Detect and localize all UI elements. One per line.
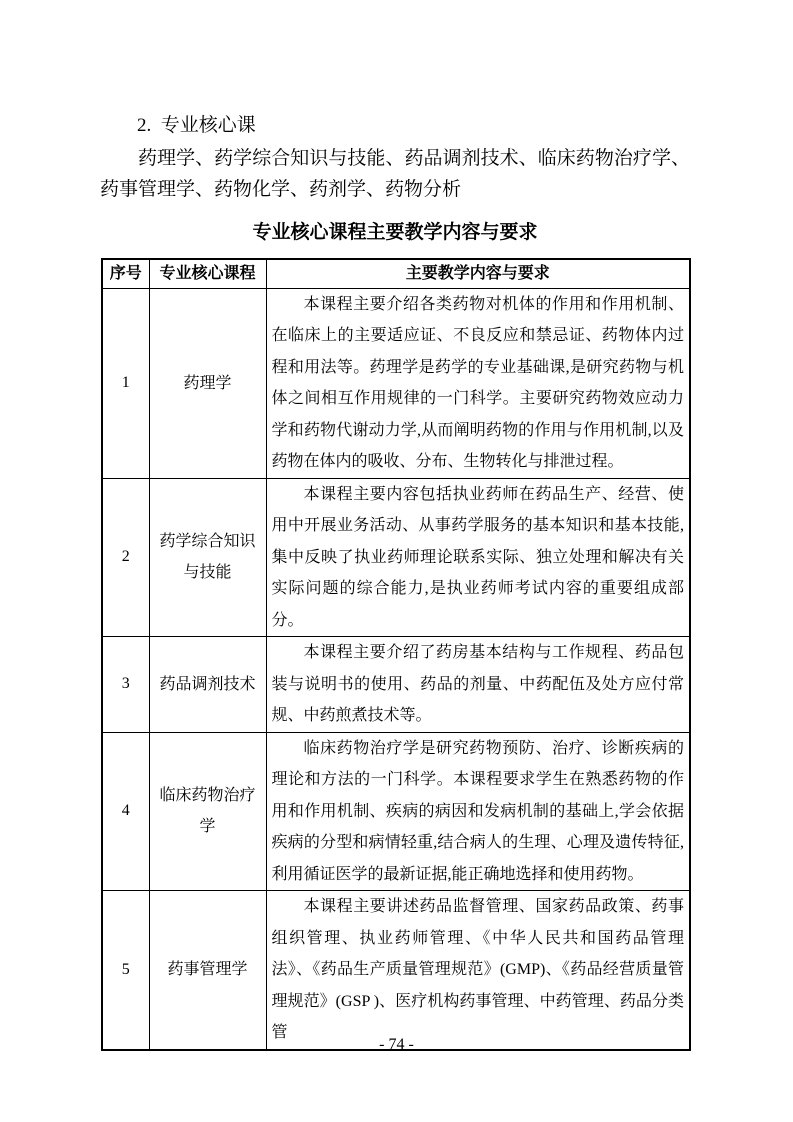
course-name-cell: 临床药物治疗学	[149, 732, 266, 891]
course-name-cell: 药品调剂技术	[149, 637, 266, 733]
row-number-cell: 4	[102, 732, 149, 891]
row-number-cell: 5	[102, 891, 149, 1050]
table-header-row: 序号 专业核心课程 主要教学内容与要求	[102, 259, 690, 288]
course-name-cell: 药事管理学	[149, 891, 266, 1050]
course-content-cell: 本课程主要讲述药品监督管理、国家药品政策、药事组织管理、执业药师管理、《中华人民…	[266, 891, 690, 1050]
page-number: - 74 -	[0, 1036, 793, 1054]
table-row: 3 药品调剂技术 本课程主要介绍了药房基本结构与工作规程、药品包装与说明书的使用…	[102, 637, 690, 733]
course-name-cell: 药理学	[149, 288, 266, 478]
course-name-cell: 药学综合知识与技能	[149, 478, 266, 637]
document-page: 2. 专业核心课 药理学、药学综合知识与技能、药品调剂技术、临床药物治疗学、药事…	[0, 0, 793, 1122]
row-number-cell: 2	[102, 478, 149, 637]
row-number-cell: 3	[102, 637, 149, 733]
row-number-cell: 1	[102, 288, 149, 478]
course-content-cell: 本课程主要介绍了药房基本结构与工作规程、药品包装与说明书的使用、药品的剂量、中药…	[266, 637, 690, 733]
col-header-no: 序号	[102, 259, 149, 288]
section-heading: 2. 专业核心课	[137, 110, 256, 141]
table-row: 5 药事管理学 本课程主要讲述药品监督管理、国家药品政策、药事组织管理、执业药师…	[102, 891, 690, 1050]
table-row: 4 临床药物治疗学 临床药物治疗学是研究药物预防、治疗、诊断疾病的理论和方法的一…	[102, 732, 690, 891]
col-header-content: 主要教学内容与要求	[266, 259, 690, 288]
table-row: 1 药理学 本课程主要介绍各类药物对机体的作用和作用机制、在临床上的主要适应证、…	[102, 288, 690, 478]
col-header-course: 专业核心课程	[149, 259, 266, 288]
courses-table: 序号 专业核心课程 主要教学内容与要求 1 药理学 本课程主要介绍各类药物对机体…	[101, 258, 691, 1051]
table-title: 专业核心课程主要教学内容与要求	[100, 220, 690, 246]
course-content-cell: 临床药物治疗学是研究药物预防、治疗、诊断疾病的理论和方法的一门科学。本课程要求学…	[266, 732, 690, 891]
course-list-paragraph: 药理学、药学综合知识与技能、药品调剂技术、临床药物治疗学、药事管理学、药物化学、…	[100, 143, 690, 205]
course-content-cell: 本课程主要内容包括执业药师在药品生产、经营、使用中开展业务活动、从事药学服务的基…	[266, 478, 690, 637]
course-content-cell: 本课程主要介绍各类药物对机体的作用和作用机制、在临床上的主要适应证、不良反应和禁…	[266, 288, 690, 478]
table-row: 2 药学综合知识与技能 本课程主要内容包括执业药师在药品生产、经营、使用中开展业…	[102, 478, 690, 637]
